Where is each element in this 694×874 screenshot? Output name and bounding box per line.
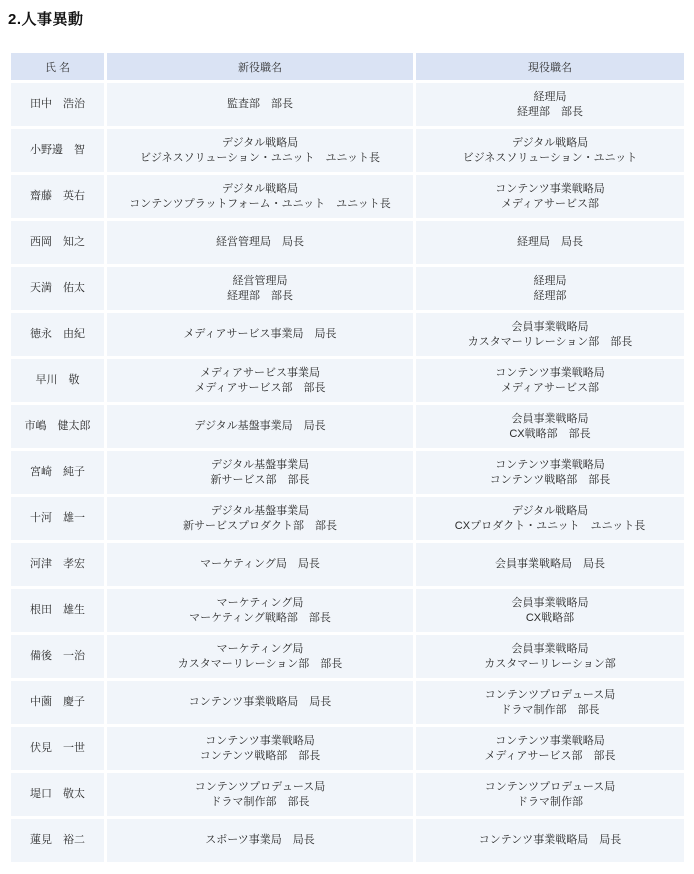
column-header-current-position: 現役職名 <box>416 53 684 80</box>
current-position-cell: コンテンツ事業戦略局 メディアサービス部 部長 <box>416 727 684 770</box>
name-cell: 早川 敬 <box>11 359 104 402</box>
personnel-change-table: 氏 名 新役職名 現役職名 田中 浩治監査部 部長経理局 経理部 部長小野邊 智… <box>8 50 687 865</box>
table-row: 根田 雄生マーケティング局 マーケティング戦略部 部長会員事業戦略局 CX戦略部 <box>11 589 684 632</box>
table-row: 田中 浩治監査部 部長経理局 経理部 部長 <box>11 83 684 126</box>
name-cell: 市嶋 健太郎 <box>11 405 104 448</box>
table-row: 備後 一治マーケティング局 カスタマーリレーション部 部長会員事業戦略局 カスタ… <box>11 635 684 678</box>
current-position-cell: コンテンツ事業戦略局 局長 <box>416 819 684 862</box>
new-position-cell: コンテンツプロデュース局 ドラマ制作部 部長 <box>107 773 413 816</box>
new-position-cell: デジタル戦略局 ビジネスソリューション・ユニット ユニット長 <box>107 129 413 172</box>
current-position-cell: コンテンツ事業戦略局 メディアサービス部 <box>416 175 684 218</box>
table-row: 河津 孝宏マーケティング局 局長会員事業戦略局 局長 <box>11 543 684 586</box>
table-row: 早川 敬メディアサービス事業局 メディアサービス部 部長コンテンツ事業戦略局 メ… <box>11 359 684 402</box>
name-cell: 伏見 一世 <box>11 727 104 770</box>
column-header-name: 氏 名 <box>11 53 104 80</box>
table-row: 伏見 一世コンテンツ事業戦略局 コンテンツ戦略部 部長コンテンツ事業戦略局 メデ… <box>11 727 684 770</box>
new-position-cell: メディアサービス事業局 局長 <box>107 313 413 356</box>
table-row: 中薗 慶子コンテンツ事業戦略局 局長コンテンツプロデュース局 ドラマ制作部 部長 <box>11 681 684 724</box>
current-position-cell: 経理局 経理部 <box>416 267 684 310</box>
new-position-cell: メディアサービス事業局 メディアサービス部 部長 <box>107 359 413 402</box>
table-row: 齋藤 英右デジタル戦略局 コンテンツプラットフォーム・ユニット ユニット長コンテ… <box>11 175 684 218</box>
name-cell: 小野邊 智 <box>11 129 104 172</box>
new-position-cell: コンテンツ事業戦略局 局長 <box>107 681 413 724</box>
name-cell: 備後 一治 <box>11 635 104 678</box>
name-cell: 根田 雄生 <box>11 589 104 632</box>
table-row: 西岡 知之経営管理局 局長経理局 局長 <box>11 221 684 264</box>
new-position-cell: マーケティング局 局長 <box>107 543 413 586</box>
table-row: 市嶋 健太郎デジタル基盤事業局 局長会員事業戦略局 CX戦略部 部長 <box>11 405 684 448</box>
table-row: 堤口 敬太コンテンツプロデュース局 ドラマ制作部 部長コンテンツプロデュース局 … <box>11 773 684 816</box>
name-cell: 蓮見 裕二 <box>11 819 104 862</box>
current-position-cell: コンテンツ事業戦略局 メディアサービス部 <box>416 359 684 402</box>
name-cell: 西岡 知之 <box>11 221 104 264</box>
new-position-cell: デジタル基盤事業局 新サービス部 部長 <box>107 451 413 494</box>
name-cell: 宮崎 純子 <box>11 451 104 494</box>
new-position-cell: 経営管理局 経理部 部長 <box>107 267 413 310</box>
new-position-cell: マーケティング局 マーケティング戦略部 部長 <box>107 589 413 632</box>
table-row: 宮崎 純子デジタル基盤事業局 新サービス部 部長コンテンツ事業戦略局 コンテンツ… <box>11 451 684 494</box>
current-position-cell: 経理局 経理部 部長 <box>416 83 684 126</box>
new-position-cell: 経営管理局 局長 <box>107 221 413 264</box>
table-header-row: 氏 名 新役職名 現役職名 <box>11 53 684 80</box>
page-title: 2.人事異動 <box>8 8 694 29</box>
new-position-cell: デジタル基盤事業局 局長 <box>107 405 413 448</box>
table-row: 小野邊 智デジタル戦略局 ビジネスソリューション・ユニット ユニット長デジタル戦… <box>11 129 684 172</box>
name-cell: 中薗 慶子 <box>11 681 104 724</box>
current-position-cell: コンテンツプロデュース局 ドラマ制作部 <box>416 773 684 816</box>
document-page: 2.人事異動 氏 名 新役職名 現役職名 田中 浩治監査部 部長経理局 経理部 … <box>0 0 694 874</box>
table-row: 徳永 由紀メディアサービス事業局 局長会員事業戦略局 カスタマーリレーション部 … <box>11 313 684 356</box>
new-position-cell: コンテンツ事業戦略局 コンテンツ戦略部 部長 <box>107 727 413 770</box>
table-row: 十河 雄一デジタル基盤事業局 新サービスプロダクト部 部長デジタル戦略局 CXプ… <box>11 497 684 540</box>
new-position-cell: マーケティング局 カスタマーリレーション部 部長 <box>107 635 413 678</box>
name-cell: 田中 浩治 <box>11 83 104 126</box>
new-position-cell: 監査部 部長 <box>107 83 413 126</box>
table-body: 田中 浩治監査部 部長経理局 経理部 部長小野邊 智デジタル戦略局 ビジネスソリ… <box>11 83 684 862</box>
current-position-cell: デジタル戦略局 CXプロダクト・ユニット ユニット長 <box>416 497 684 540</box>
name-cell: 堤口 敬太 <box>11 773 104 816</box>
name-cell: 河津 孝宏 <box>11 543 104 586</box>
current-position-cell: コンテンツ事業戦略局 コンテンツ戦略部 部長 <box>416 451 684 494</box>
name-cell: 十河 雄一 <box>11 497 104 540</box>
table-row: 蓮見 裕二スポーツ事業局 局長コンテンツ事業戦略局 局長 <box>11 819 684 862</box>
current-position-cell: 会員事業戦略局 カスタマーリレーション部 部長 <box>416 313 684 356</box>
name-cell: 齋藤 英右 <box>11 175 104 218</box>
current-position-cell: 会員事業戦略局 CX戦略部 <box>416 589 684 632</box>
name-cell: 天満 佑太 <box>11 267 104 310</box>
table-row: 天満 佑太経営管理局 経理部 部長経理局 経理部 <box>11 267 684 310</box>
current-position-cell: コンテンツプロデュース局 ドラマ制作部 部長 <box>416 681 684 724</box>
new-position-cell: デジタル基盤事業局 新サービスプロダクト部 部長 <box>107 497 413 540</box>
new-position-cell: デジタル戦略局 コンテンツプラットフォーム・ユニット ユニット長 <box>107 175 413 218</box>
name-cell: 徳永 由紀 <box>11 313 104 356</box>
column-header-new-position: 新役職名 <box>107 53 413 80</box>
current-position-cell: 経理局 局長 <box>416 221 684 264</box>
current-position-cell: デジタル戦略局 ビジネスソリューション・ユニット <box>416 129 684 172</box>
new-position-cell: スポーツ事業局 局長 <box>107 819 413 862</box>
current-position-cell: 会員事業戦略局 カスタマーリレーション部 <box>416 635 684 678</box>
current-position-cell: 会員事業戦略局 CX戦略部 部長 <box>416 405 684 448</box>
current-position-cell: 会員事業戦略局 局長 <box>416 543 684 586</box>
